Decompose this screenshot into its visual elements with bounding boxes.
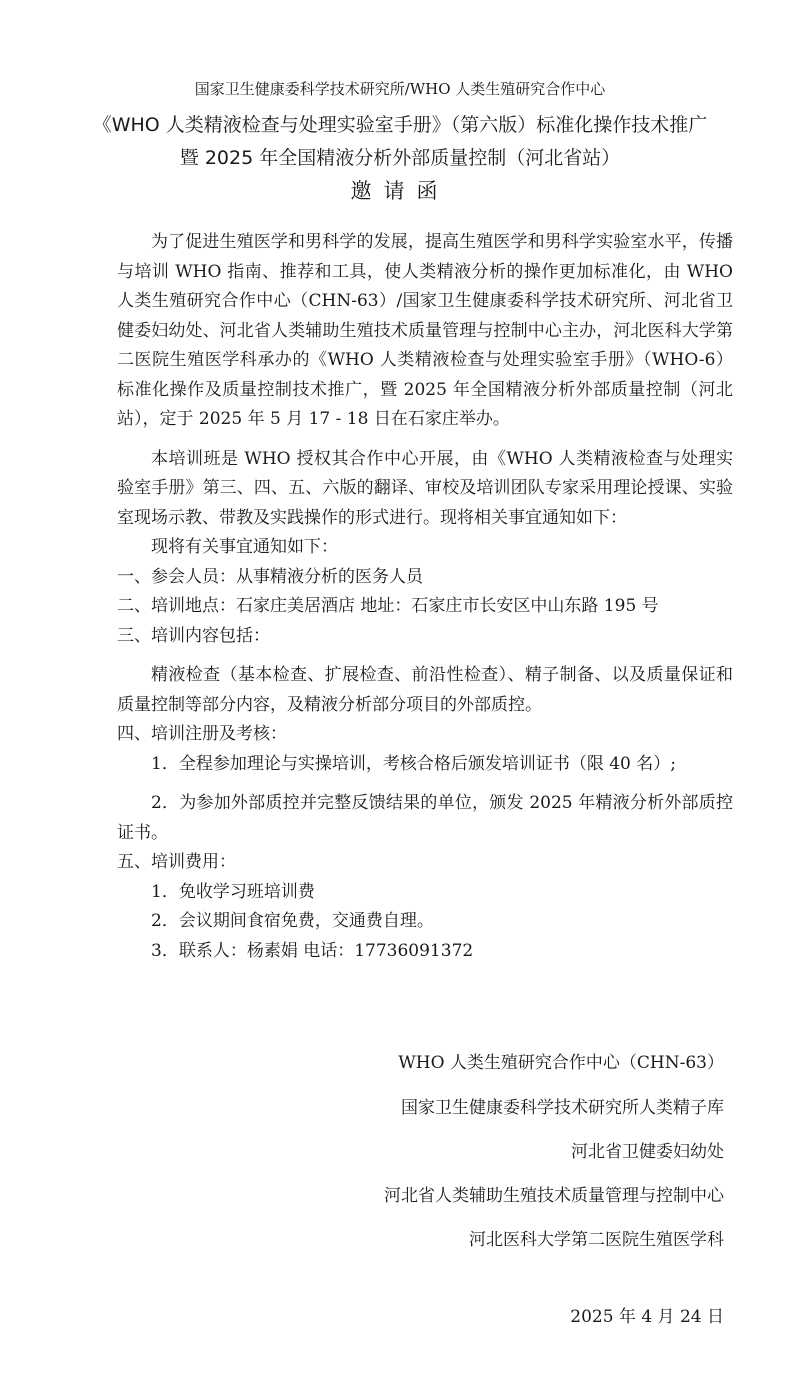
section-content-heading: 三、培训内容包括：: [117, 622, 733, 652]
document-type-heading: 邀请函: [0, 175, 800, 205]
training-description-paragraph: 本培训班是 WHO 授权其合作中心开展，由《WHO 人类精液检查与处理实验室手册…: [117, 445, 733, 534]
section-registration-heading: 四、培训注册及考核：: [117, 720, 733, 750]
fee-item-1: 1．免收学习班培训费: [117, 878, 733, 908]
intro-paragraph: 为了促进生殖医学和男科学的发展，提高生殖医学和男科学实验室水平，传播与培训 WH…: [117, 228, 733, 435]
signature-who-center: WHO 人类生殖研究合作中心（CHN-63）: [398, 1048, 724, 1073]
section-participants: 一、参会人员：从事精液分析的医务人员: [117, 563, 733, 593]
registration-item-1: 1．全程参加理论与实操培训，考核合格后颁发培训证书（限 40 名）;: [117, 750, 733, 780]
invitation-letter-page: 国家卫生健康委科学技术研究所/WHO 人类生殖研究合作中心 《WHO 人类精液检…: [0, 0, 800, 1398]
signature-sperm-bank: 国家卫生健康委科学技术研究所人类精子库: [401, 1093, 724, 1118]
contact-item: 3．联系人：杨素娟 电话：17736091372: [117, 937, 733, 967]
registration-item-2: 2．为参加外部质控并完整反馈结果的单位，颁发 2025 年精液分析外部质控证书。: [117, 789, 733, 848]
signature-art-quality-center: 河北省人类辅助生殖技术质量管理与控制中心: [384, 1181, 724, 1206]
signature-hospital-department: 河北医科大学第二医院生殖医学科: [469, 1225, 724, 1250]
notice-line: 现将有关事宜通知如下：: [117, 533, 733, 563]
signature-maternal-child-office: 河北省卫健委妇幼处: [571, 1137, 724, 1162]
letter-body: 为了促进生殖医学和男科学的发展，提高生殖医学和男科学实验室水平，传播与培训 WH…: [117, 228, 733, 966]
section-fees-heading: 五、培训费用：: [117, 848, 733, 878]
organizer-line: 国家卫生健康委科学技术研究所/WHO 人类生殖研究合作中心: [0, 78, 800, 99]
letter-date: 2025 年 4 月 24 日: [570, 1302, 724, 1327]
fee-item-2: 2．会议期间食宿免费，交通费自理。: [117, 907, 733, 937]
section-content-text: 精液检查（基本检查、扩展检查、前沿性检查）、精子制备、以及质量保证和质量控制等部…: [117, 661, 733, 720]
title-line-2: 暨 2025 年全国精液分析外部质量控制（河北省站）: [0, 143, 800, 170]
section-venue: 二、培训地点：石家庄美居酒店 地址：石家庄市长安区中山东路 195 号: [117, 592, 733, 622]
title-line-1: 《WHO 人类精液检查与处理实验室手册》（第六版）标准化操作技术推广: [0, 110, 800, 137]
